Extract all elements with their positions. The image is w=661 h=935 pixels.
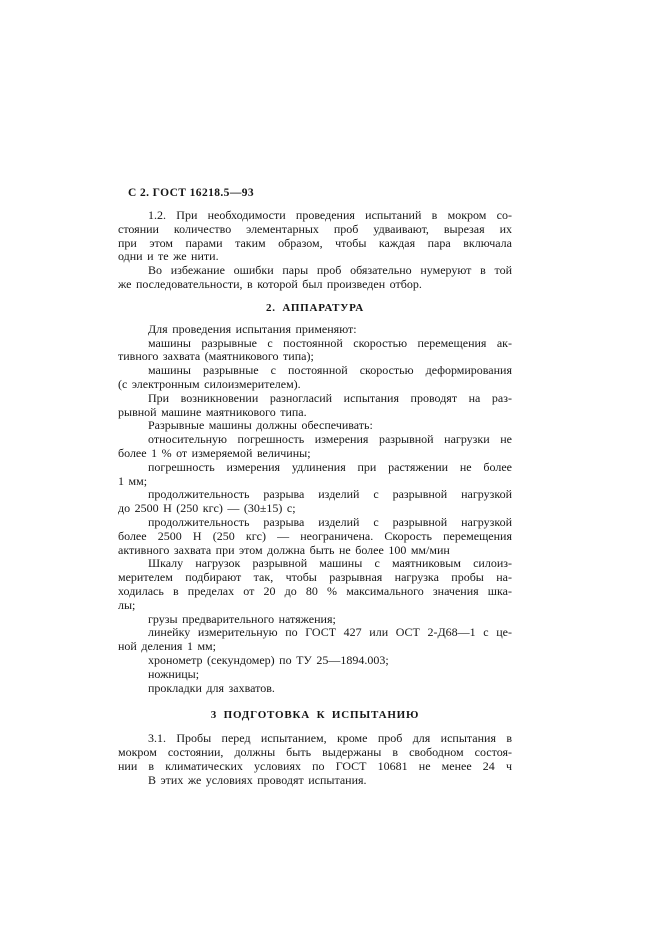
text-line: ной деления 1 мм; [118,640,512,654]
page: С 2. ГОСТ 16218.5—93 1.2. При необходимо… [0,0,661,935]
text-line: ножницы; [118,668,512,682]
text-line: до 2500 Н (250 кгс) — (30±15) с; [118,502,512,516]
paragraph: Разрывные машины должны обеспечивать: [118,419,512,433]
text-line: погрешность измерения удлинения при раст… [118,461,512,475]
text-line: мокром состоянии, должны быть выдержаны … [118,746,512,760]
paragraph: 1.2. При необходимости проведения испыта… [118,209,512,264]
text-line: Разрывные машины должны обеспечивать: [118,419,512,433]
text-line: лы; [118,599,512,613]
paragraph: В этих же условиях проводят испытания. [118,774,512,788]
paragraph: Во избежание ошибки пары проб обязательн… [118,264,512,292]
paragraph: грузы предварительного натяжения; [118,613,512,627]
text-line: при этом парами таким образом, чтобы каж… [118,237,512,251]
text-line: машины разрывные с постоянной скоростью … [118,364,512,378]
paragraph: Для проведения испытания применяют: [118,323,512,337]
document-body: 1.2. При необходимости проведения испыта… [118,209,512,787]
text-line: одни и те же нити. [118,250,512,264]
page-header: С 2. ГОСТ 16218.5—93 [128,186,512,200]
text-line: же последовательности, в которой был про… [118,278,512,292]
text-line: 1 мм; [118,475,512,489]
text-line: В этих же условиях проводят испытания. [118,774,512,788]
text-line: (с электронным силоизмерителем). [118,378,512,392]
section-heading: 3 ПОДГОТОВКА К ИСПЫТАНИЮ [118,708,512,722]
text-line: Для проведения испытания применяют: [118,323,512,337]
text-line: Во избежание ошибки пары проб обязательн… [118,264,512,278]
text-line: ходилась в пределах от 20 до 80 % максим… [118,585,512,599]
text-line: рывной машине маятникового типа. [118,406,512,420]
paragraph: погрешность измерения удлинения при раст… [118,461,512,489]
paragraph: относительную погрешность измерения разр… [118,433,512,461]
text-line: более 1 % от измеряемой величины; [118,447,512,461]
paragraph: продолжительность разрыва изделий с разр… [118,488,512,516]
text-line: линейку измерительную по ГОСТ 427 или ОС… [118,626,512,640]
text-line: грузы предварительного натяжения; [118,613,512,627]
paragraph: машины разрывные с постоянной скоростью … [118,337,512,365]
text-line: продолжительность разрыва изделий с разр… [118,488,512,502]
text-line: тивного захвата (маятникового типа); [118,350,512,364]
paragraph: При возникновении разногласий испытания … [118,392,512,420]
text-line: машины разрывные с постоянной скоростью … [118,337,512,351]
paragraph: прокладки для захватов. [118,682,512,696]
section-heading: 2. АППАРАТУРА [118,301,512,315]
paragraph: продолжительность разрыва изделий с разр… [118,516,512,557]
paragraph: линейку измерительную по ГОСТ 427 или ОС… [118,626,512,654]
paragraph: хронометр (секундомер) по ТУ 25—1894.003… [118,654,512,668]
document-content: С 2. ГОСТ 16218.5—93 1.2. При необходимо… [118,186,512,787]
text-line: прокладки для захватов. [118,682,512,696]
paragraph: ножницы; [118,668,512,682]
text-line: нии в климатических условиях по ГОСТ 106… [118,760,512,774]
text-line: 3.1. Пробы перед испытанием, кроме проб … [118,732,512,746]
text-line: мерителем подбирают так, чтобы разрывная… [118,571,512,585]
paragraph: Шкалу нагрузок разрывной машины с маятни… [118,557,512,612]
text-line: 1.2. При необходимости проведения испыта… [118,209,512,223]
paragraph: 3.1. Пробы перед испытанием, кроме проб … [118,732,512,773]
text-line: хронометр (секундомер) по ТУ 25—1894.003… [118,654,512,668]
text-line: относительную погрешность измерения разр… [118,433,512,447]
text-line: Шкалу нагрузок разрывной машины с маятни… [118,557,512,571]
text-line: активного захвата при этом должна быть н… [118,544,512,558]
paragraph: машины разрывные с постоянной скоростью … [118,364,512,392]
text-line: При возникновении разногласий испытания … [118,392,512,406]
text-line: более 2500 Н (250 кгс) — неограничена. С… [118,530,512,544]
text-line: продолжительность разрыва изделий с разр… [118,516,512,530]
text-line: стоянии количество элементарных проб удв… [118,223,512,237]
